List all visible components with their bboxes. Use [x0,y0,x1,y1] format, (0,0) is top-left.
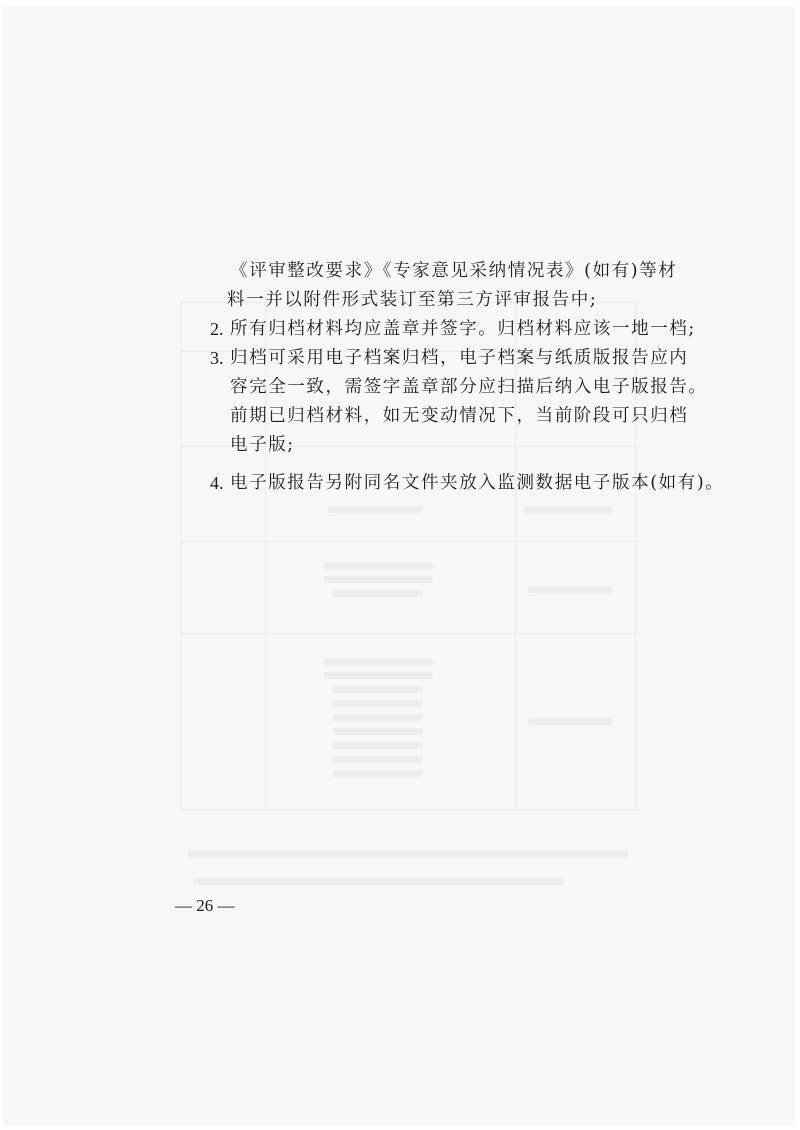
item-1-line-2: 料一并以附件形式装订至第三方评审报告中; [227,289,597,311]
page-number: — 26 — [175,895,235,917]
item-4-line-1: 电子版报告另附同名文件夹放入监测数据电子版本(如有)。 [230,472,724,494]
item-2-number: 2. [210,318,224,340]
document-body: 《评审整改要求》《专家意见采纳情况表》(如有)等材 料一并以附件形式装订至第三方… [3,6,795,1126]
item-4-number: 4. [210,472,224,494]
item-2-line-1: 所有归档材料均应盖章并签字。归档材料应该一地一档; [230,318,696,340]
item-3-line-1: 归档可采用电子档案归档，电子档案与纸质版报告应内 [230,347,688,369]
item-3-number: 3. [210,347,224,369]
item-1-line-1: 《评审整改要求》《专家意见采纳情况表》(如有)等材 [230,260,677,282]
item-3-line-4: 电子版; [230,434,295,456]
item-3-line-3: 前期已归档材料，如无变动情况下，当前阶段可只归档 [230,405,688,427]
item-3-line-2: 容完全一致，需签字盖章部分应扫描后纳入电子版报告。 [230,376,708,398]
document-page: 《评审整改要求》《专家意见采纳情况表》(如有)等材 料一并以附件形式装订至第三方… [3,6,795,1126]
